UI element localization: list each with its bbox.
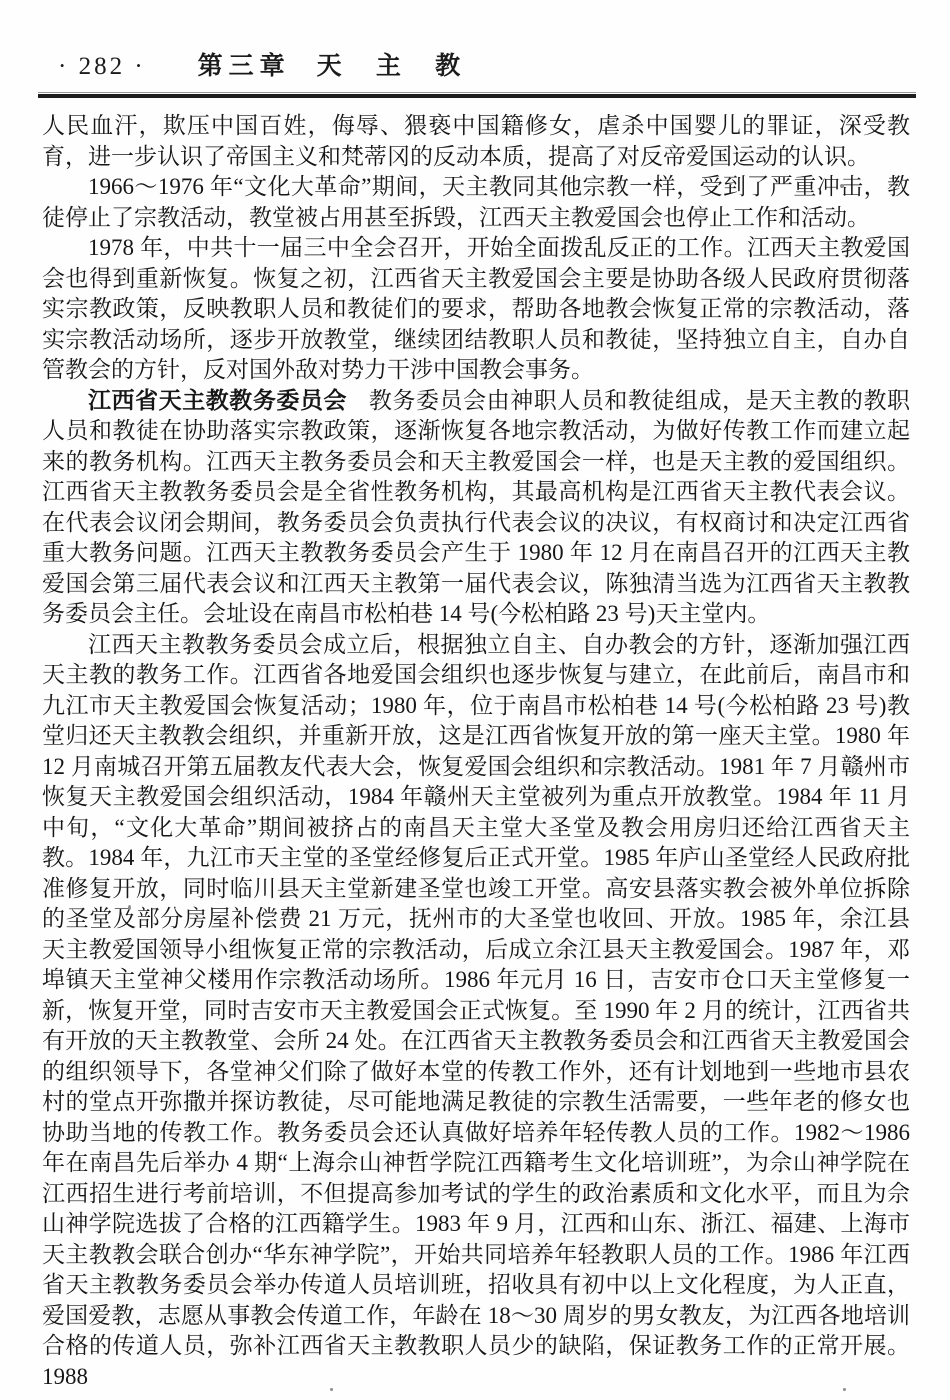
paragraph-text: 1978 年，中共十一届三中全会召开，开始全面拨乱反正的工作。江西天主教爱国会也… [42, 235, 910, 382]
header-rule [38, 92, 916, 98]
paragraph-text: 人民血汗，欺压中国百姓，侮辱、猥亵中国籍修女，虐杀中国婴儿的罪证，深受教育，进一… [42, 113, 910, 169]
paragraph-1978-restoration: 1978 年，中共十一届三中全会召开，开始全面拨乱反正的工作。江西天主教爱国会也… [42, 233, 910, 386]
paragraph-continuation: 人民血汗，欺压中国百姓，侮辱、猥亵中国籍修女，虐杀中国婴儿的罪证，深受教育，进一… [42, 111, 910, 172]
paragraph-committee-work: 江西天主教教务委员会成立后，根据独立自主、自办教会的方针，逐渐加强江西天主教的教… [42, 630, 910, 1393]
paragraph-church-affairs-committee: 江西省天主教教务委员会教务委员会由神职人员和教徒组成，是天主教的教职人员和教徒在… [42, 386, 910, 630]
paragraph-cultural-revolution: 1966～1976 年“文化大革命”期间，天主教同其他宗教一样，受到了严重冲击，… [42, 172, 910, 233]
body-text: 人民血汗，欺压中国百姓，侮辱、猥亵中国籍修女，虐杀中国婴儿的罪证，深受教育，进一… [42, 111, 910, 1392]
running-head: · 282 · 第三章 天 主 教 [58, 52, 912, 82]
paragraph-text: 教务委员会由神职人员和教徒组成，是天主教的教职人员和教徒在协助落实宗教政策，逐渐… [42, 388, 910, 627]
paragraph-text: 1966～1976 年“文化大革命”期间，天主教同其他宗教一样，受到了严重冲击，… [42, 174, 910, 230]
page-number: · 282 · [58, 52, 146, 82]
scan-speck [840, 184, 844, 188]
scan-speck [843, 1388, 846, 1391]
scan-speck [330, 1388, 333, 1391]
scan-speck [128, 905, 131, 910]
chapter-title: 天 主 教 [317, 52, 475, 82]
book-page: · 282 · 第三章 天 主 教 人民血汗，欺压中国百姓，侮辱、猥亵中国籍修女… [0, 0, 950, 1400]
section-heading: 江西省天主教教务委员会 [88, 388, 369, 413]
paragraph-text: 江西天主教教务委员会成立后，根据独立自主、自办教会的方针，逐渐加强江西天主教的教… [42, 632, 910, 1389]
chapter-label: 第三章 [198, 52, 291, 82]
